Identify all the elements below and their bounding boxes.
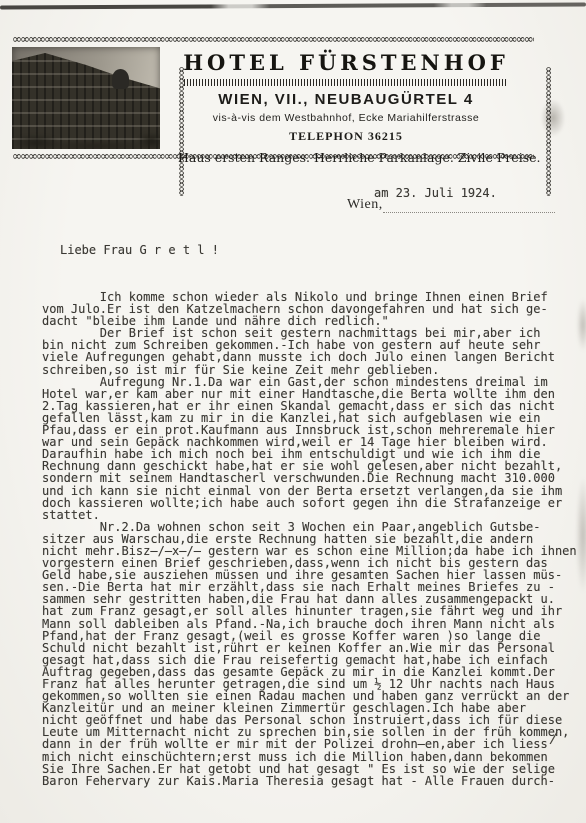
hotel-photo [12,47,160,149]
letter-scan-page: ∞∞∞∞∞∞∞∞∞∞∞∞∞∞∞∞∞∞∞∞∞∞∞∞∞∞∞∞∞∞∞∞∞∞∞∞∞∞∞∞… [0,0,586,823]
salutation: Liebe Frau G r e t l ! [60,243,219,257]
paragraph-4: Nr.2.Da wohnen schon seit 3 Wochen ein P… [42,521,582,787]
ornamental-rule [184,79,508,86]
letterhead-text: HOTEL FÜRSTENHOF WIEN, VII., NEUBAUGÜRTE… [178,47,514,150]
telephone-number: 36215 [368,129,403,143]
scan-artifact-line [0,2,586,9]
printed-dateline: Wien, [347,197,557,214]
hotel-location-note: vis-à-vis dem Westbahnhof, Ecke Mariahil… [178,112,514,124]
paragraph-3: Aufregung Nr.1.Da war ein Gast,der schon… [42,376,582,521]
paragraph-2: Der Brief ist schon seit gestern nachmit… [42,327,582,375]
chain-border-top: ∞∞∞∞∞∞∞∞∞∞∞∞∞∞∞∞∞∞∞∞∞∞∞∞∞∞∞∞∞∞∞∞∞∞∞∞∞∞∞∞… [12,33,534,46]
hotel-telephone: TELEPHON 36215 [178,129,514,144]
hotel-address: WIEN, VII., NEUBAUGÜRTEL 4 [178,91,514,108]
hotel-dome-tower [112,69,129,89]
hotel-photo-foliage [12,125,160,149]
hotel-tagline: Haus ersten Ranges. Herrliche Parkanlage… [178,150,514,165]
dotted-date-rule [383,197,555,213]
letter-body: Ich komme schon wieder als Nikolo und br… [42,291,582,787]
paragraph-1: Ich komme schon wieder als Nikolo und br… [42,291,582,327]
telephone-label: TELEPHON [289,129,364,143]
printed-city: Wien, [347,197,383,212]
letterhead: ∞∞∞∞∞∞∞∞∞∞∞∞∞∞∞∞∞∞∞∞∞∞∞∞∞∞∞∞∞∞∞∞∞∞∞∞∞∞∞∞… [12,33,534,163]
hotel-name: HOTEL FÜRSTENHOF [178,50,514,75]
chain-border-right: ∞∞∞∞∞∞∞∞∞∞∞∞∞∞∞∞∞∞∞∞∞∞∞∞ [542,66,555,196]
